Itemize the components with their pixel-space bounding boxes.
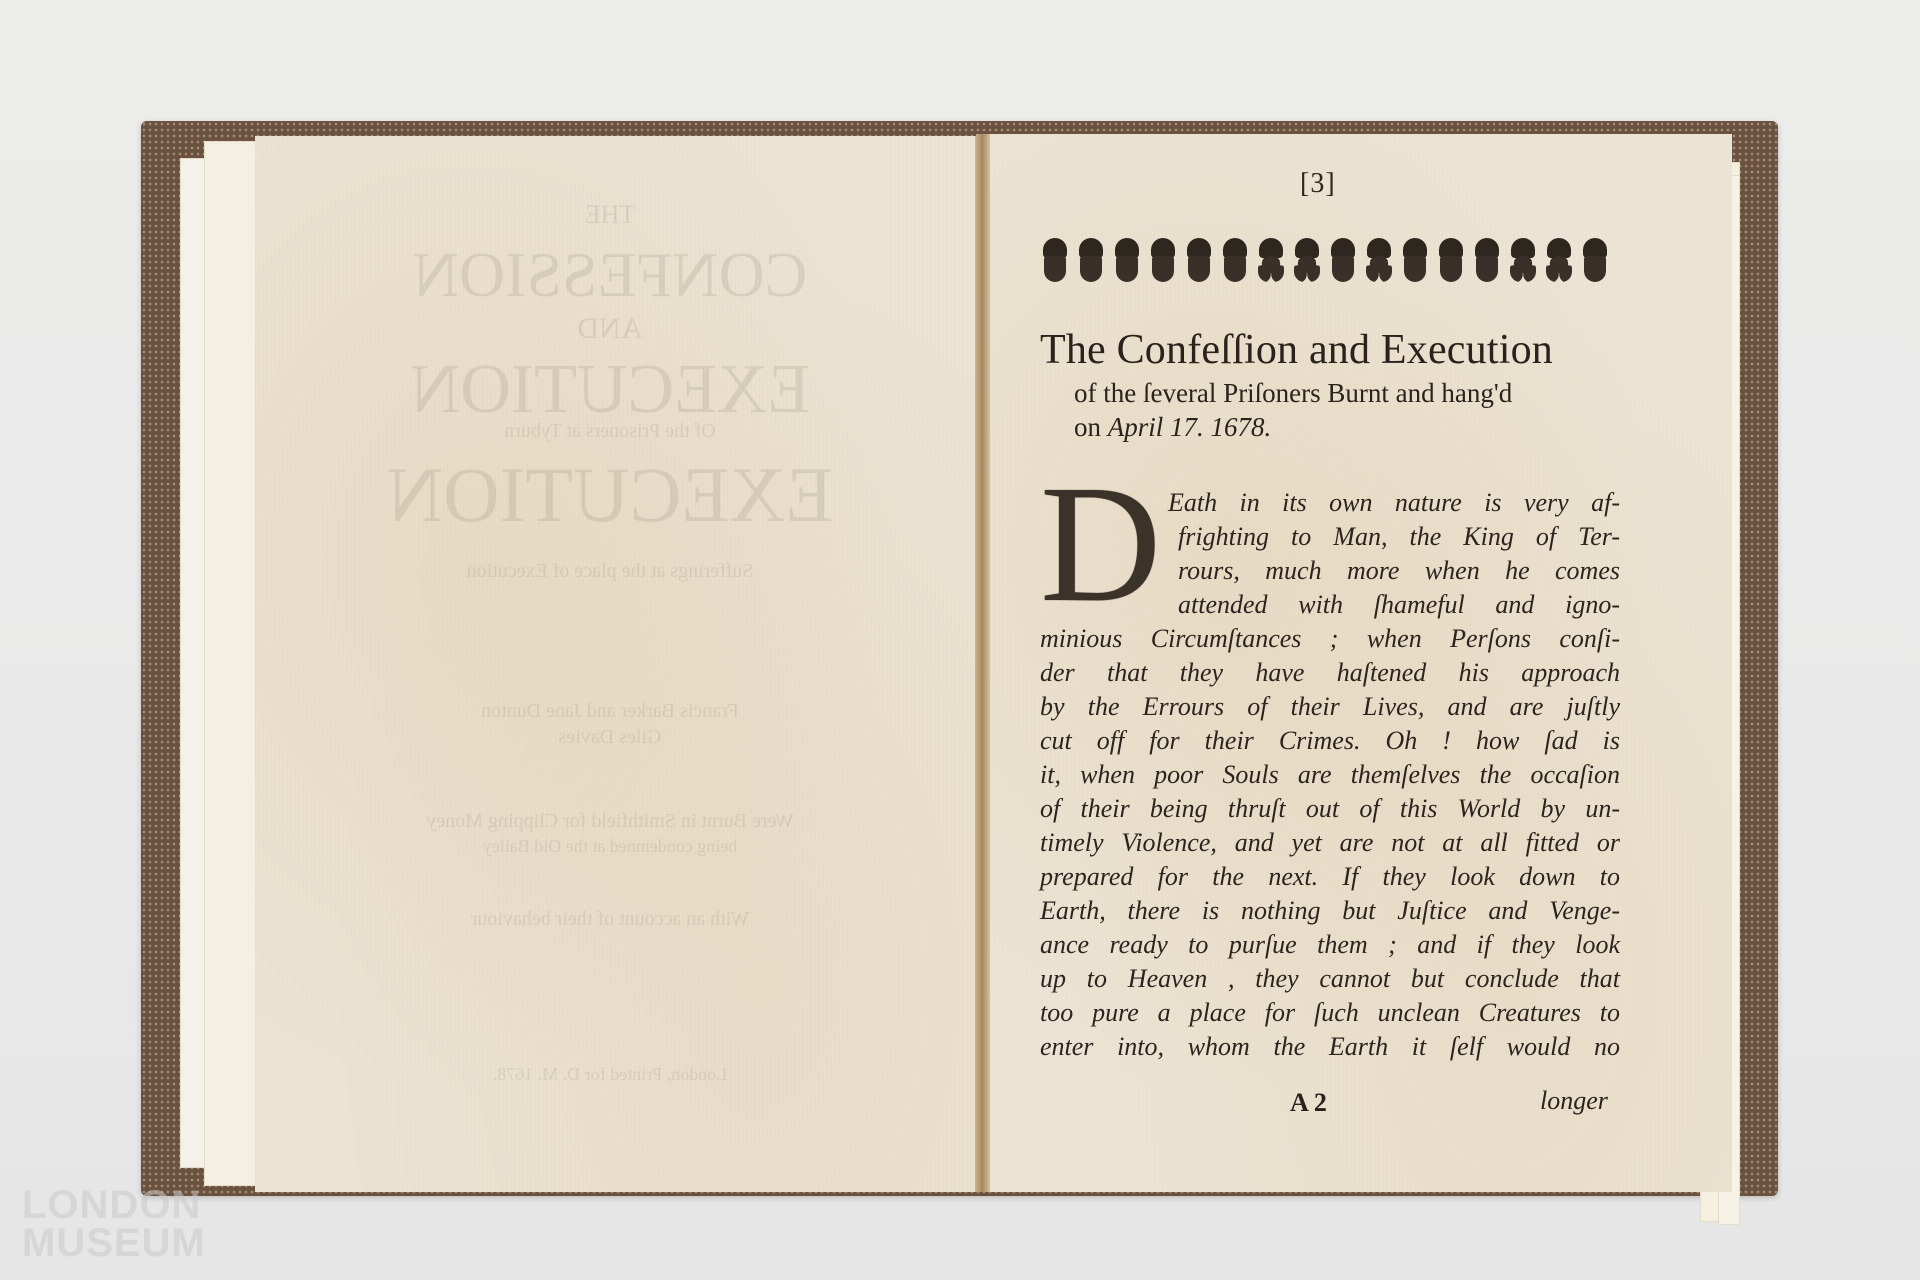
- body-line: by the Errours of their Lives, and are j…: [1040, 690, 1620, 724]
- body-line: minious Circumſtances ; when Perſons con…: [1040, 622, 1620, 656]
- crown-thistle-ornament-icon: [1328, 238, 1358, 284]
- body-line: enter into, whom the Earth it ſelf would…: [1040, 1030, 1620, 1064]
- watermark-line-1: LONDON: [22, 1186, 206, 1224]
- body-line: cut off for their Crimes. Oh ! how ſad i…: [1040, 724, 1620, 758]
- crown-thistle-ornament-icon: [1076, 238, 1106, 284]
- watermark-line-2: MUSEUM: [22, 1224, 206, 1262]
- body-line: Earth, there is nothing but Juſtice and …: [1040, 894, 1620, 928]
- crown-harp-ornament-icon: [1184, 238, 1214, 284]
- crown-harp-ornament-icon: [1580, 238, 1610, 284]
- chapter-subheading: of the ſeveral Priſoners Burnt and hang'…: [1074, 376, 1512, 444]
- ghost-text-line: London, Printed for D. M. 1678.: [300, 1064, 920, 1085]
- ghost-text-line: Of the Prisoners at Tyburn: [300, 420, 920, 443]
- crown-shield-ornament-icon: [1040, 238, 1070, 284]
- body-line: frighting to Man, the King of Ter-: [1178, 520, 1620, 554]
- ghost-text-line: EXECUTION: [300, 350, 920, 430]
- crown-thistle-ornament-icon: [1436, 238, 1466, 284]
- ghost-text-line: Francis Barker and Jane Dunton: [300, 700, 920, 723]
- crown-fleur-de-lis-ornament-icon: [1256, 238, 1286, 284]
- body-line: it, when poor Souls are themſelves the o…: [1040, 758, 1620, 792]
- subheading-prefix: on: [1074, 412, 1101, 442]
- subheading-line-1: of the ſeveral Priſoners Burnt and hang'…: [1074, 376, 1512, 410]
- body-line: ance ready to purſue them ; and if they …: [1040, 928, 1620, 962]
- chapter-heading: The Confeſſion and Execution: [1040, 326, 1553, 374]
- crown-thistle-ornament-icon: [1220, 238, 1250, 284]
- ghost-text-line: Sufferings at the place of Execution: [300, 560, 920, 583]
- ghost-text-line: Giles Davies: [300, 726, 920, 749]
- body-line: up to Heaven , they cannot but conclude …: [1040, 962, 1620, 996]
- crown-rose-ornament-icon: [1364, 238, 1394, 284]
- book-gutter: [976, 134, 990, 1192]
- body-line: der that they have haſtened his approach: [1040, 656, 1620, 690]
- catchword: longer: [1540, 1086, 1608, 1116]
- ghost-text-line: being condemned at the Old Bailey: [300, 836, 920, 857]
- crown-fleur-de-lis-ornament-icon: [1508, 238, 1538, 284]
- crown-thistle-ornament-icon: [1112, 238, 1142, 284]
- ghost-text-line: CONFESSION: [300, 238, 920, 312]
- crown-thistle-ornament-icon: [1400, 238, 1430, 284]
- drop-cap: D: [1040, 478, 1165, 610]
- signature-mark: A 2: [1290, 1088, 1327, 1118]
- ghost-text-line: AND: [300, 312, 920, 346]
- ghost-text-line: Were Burnt in Smithfield for Clipping Mo…: [300, 810, 920, 833]
- body-line: timely Violence, and yet are not at all …: [1040, 826, 1620, 860]
- body-line: Eath in its own nature is very af-: [1168, 486, 1620, 520]
- ghost-text-line: With an account of their behaviour: [300, 908, 920, 931]
- crown-fleur-de-lis-ornament-icon: [1544, 238, 1574, 284]
- body-line: prepared for the next. If they look down…: [1040, 860, 1620, 894]
- ghost-text-line: EXECUTION: [300, 450, 920, 540]
- crown-fleur-de-lis-ornament-icon: [1292, 238, 1322, 284]
- ghost-text-line: THE: [300, 200, 920, 230]
- crown-harp-ornament-icon: [1148, 238, 1178, 284]
- museum-watermark: LONDON MUSEUM: [22, 1186, 206, 1262]
- page-number: [3]: [1300, 168, 1336, 200]
- subheading-line-2: on April 17. 1678.: [1074, 410, 1512, 444]
- printers-ornament-band: [1040, 236, 1610, 286]
- body-line: too pure a place for ſuch unclean Creatu…: [1040, 996, 1620, 1030]
- body-line: attended with ſhameful and igno-: [1178, 588, 1620, 622]
- body-line: of their being thruſt out of this World …: [1040, 792, 1620, 826]
- subheading-date: April 17. 1678.: [1108, 412, 1272, 442]
- crown-harp-ornament-icon: [1472, 238, 1502, 284]
- body-line: rours, much more when he comes: [1178, 554, 1620, 588]
